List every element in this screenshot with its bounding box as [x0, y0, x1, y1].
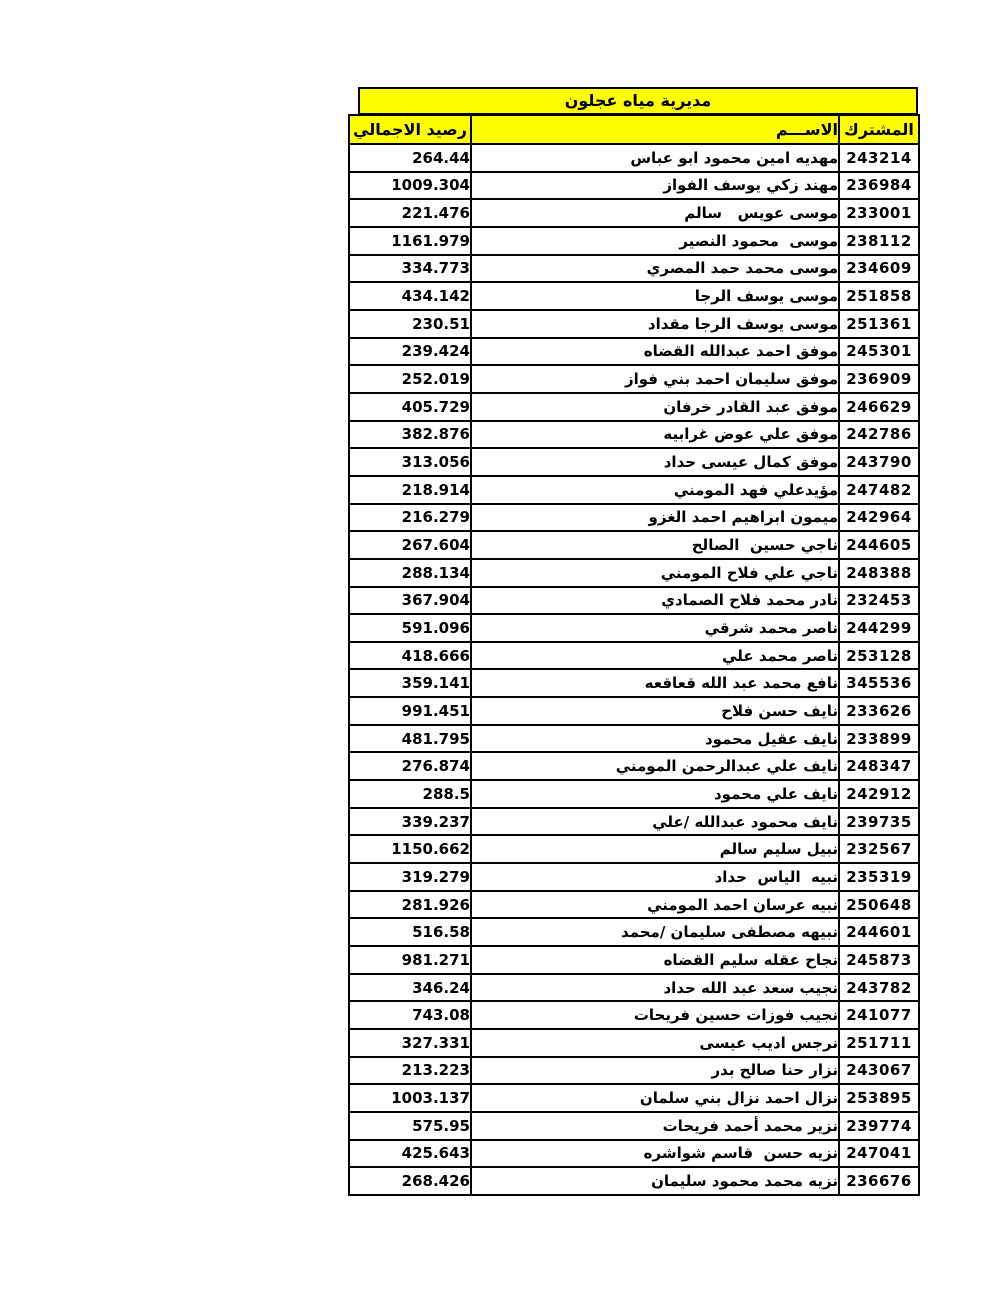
table-row: 244601نبيهه مصطفى سليمان /محمد516.58 — [349, 918, 919, 946]
balance-cell: 743.08 — [349, 1001, 471, 1029]
balance-cell: 981.271 — [349, 946, 471, 974]
table-row: 244299ناصر محمد شرقي591.096 — [349, 614, 919, 642]
subscriber-cell: 245873 — [839, 946, 919, 974]
balance-cell: 218.914 — [349, 476, 471, 504]
name-cell: نزال احمد نزال بني سلمان — [471, 1084, 839, 1112]
balance-cell: 1009.304 — [349, 172, 471, 200]
table-body: 243214مهديه امين محمود ابو عباس264.44236… — [349, 144, 919, 1195]
subscriber-cell: 243782 — [839, 974, 919, 1002]
name-cell: مؤيدعلي فهد المومني — [471, 476, 839, 504]
balance-cell: 221.476 — [349, 199, 471, 227]
balance-cell: 213.223 — [349, 1057, 471, 1085]
name-cell: نزار حنا صالح بدر — [471, 1057, 839, 1085]
balance-cell: 367.904 — [349, 587, 471, 615]
balance-cell: 288.5 — [349, 780, 471, 808]
balance-cell: 239.424 — [349, 338, 471, 366]
subscriber-cell: 243214 — [839, 144, 919, 172]
name-cell: نجيب سعد عبد الله حداد — [471, 974, 839, 1002]
subscriber-cell: 253128 — [839, 642, 919, 670]
subscriber-cell: 233626 — [839, 697, 919, 725]
subscriber-cell: 243067 — [839, 1057, 919, 1085]
name-cell: موسى عويس سالم — [471, 199, 839, 227]
subscriber-cell: 251361 — [839, 310, 919, 338]
table-row: 242964ميمون ابراهيم احمد الغزو216.279 — [349, 504, 919, 532]
table-row: 242786موفق علي عوض غرابيه382.876 — [349, 421, 919, 449]
balance-cell: 313.056 — [349, 448, 471, 476]
subscribers-table: المشترك الاســـم رصيد الاجمالي 243214مهد… — [348, 114, 920, 1196]
name-cell: موسى يوسف الرجا مقداد — [471, 310, 839, 338]
subscriber-cell: 239735 — [839, 808, 919, 836]
name-cell: مهند زكي يوسف الفواز — [471, 172, 839, 200]
subscriber-cell: 234609 — [839, 255, 919, 283]
table-row: 245301موفق احمد عبدالله القضاه239.424 — [349, 338, 919, 366]
balance-cell: 359.141 — [349, 669, 471, 697]
table-row: 251361موسى يوسف الرجا مقداد230.51 — [349, 310, 919, 338]
balance-cell: 1161.979 — [349, 227, 471, 255]
name-cell: نزير محمد أحمد فريحات — [471, 1112, 839, 1140]
name-cell: موفق كمال عيسى حداد — [471, 448, 839, 476]
table-row: 243790موفق كمال عيسى حداد313.056 — [349, 448, 919, 476]
subscriber-cell: 235319 — [839, 863, 919, 891]
name-cell: مهديه امين محمود ابو عباس — [471, 144, 839, 172]
balance-cell: 425.643 — [349, 1140, 471, 1168]
name-cell: نبيهه مصطفى سليمان /محمد — [471, 918, 839, 946]
subscriber-cell: 247482 — [839, 476, 919, 504]
subscriber-cell: 233001 — [839, 199, 919, 227]
name-cell: نبيه الياس حداد — [471, 863, 839, 891]
balance-cell: 481.795 — [349, 725, 471, 753]
table-row: 236984مهند زكي يوسف الفواز1009.304 — [349, 172, 919, 200]
column-header-name: الاســـم — [471, 115, 839, 144]
column-header-subscriber: المشترك — [839, 115, 919, 144]
name-cell: ناجي علي فلاح المومني — [471, 559, 839, 587]
table-row: 244605ناجي حسين الصالح267.604 — [349, 531, 919, 559]
name-cell: نجيب فوزات حسين فريحات — [471, 1001, 839, 1029]
balance-cell: 288.134 — [349, 559, 471, 587]
subscriber-cell: 236984 — [839, 172, 919, 200]
table-row: 239774نزير محمد أحمد فريحات575.95 — [349, 1112, 919, 1140]
table-row: 242912نايف علي محمود288.5 — [349, 780, 919, 808]
table-row: 234609موسى محمد حمد المصري334.773 — [349, 255, 919, 283]
balance-cell: 268.426 — [349, 1167, 471, 1195]
table-row: 239735نايف محمود عبدالله /علي339.237 — [349, 808, 919, 836]
subscriber-cell: 244605 — [839, 531, 919, 559]
name-cell: نادر محمد فلاح الصمادي — [471, 587, 839, 615]
name-cell: ناصر محمد شرقي — [471, 614, 839, 642]
table-row: 251858موسى يوسف الرجا434.142 — [349, 282, 919, 310]
subscriber-cell: 242912 — [839, 780, 919, 808]
column-header-balance: رصيد الاجمالي — [349, 115, 471, 144]
subscriber-cell: 248388 — [839, 559, 919, 587]
subscriber-cell: 243790 — [839, 448, 919, 476]
balance-cell: 264.44 — [349, 144, 471, 172]
balance-cell: 575.95 — [349, 1112, 471, 1140]
balance-cell: 327.331 — [349, 1029, 471, 1057]
balance-cell: 281.926 — [349, 891, 471, 919]
name-cell: موفق علي عوض غرابيه — [471, 421, 839, 449]
balance-cell: 1003.137 — [349, 1084, 471, 1112]
table-row: 238112موسى محمود النصير1161.979 — [349, 227, 919, 255]
table-row: 243782نجيب سعد عبد الله حداد346.24 — [349, 974, 919, 1002]
name-cell: موفق سليمان احمد بني فواز — [471, 365, 839, 393]
table-row: 253128ناصر محمد علي418.666 — [349, 642, 919, 670]
table-row: 246629موفق عبد القادر خرفان405.729 — [349, 393, 919, 421]
subscriber-cell: 233899 — [839, 725, 919, 753]
name-cell: نزيه حسن قاسم شواشره — [471, 1140, 839, 1168]
name-cell: نايف عقيل محمود — [471, 725, 839, 753]
table-row: 236676نزيه محمد محمود سليمان268.426 — [349, 1167, 919, 1195]
subscriber-cell: 239774 — [839, 1112, 919, 1140]
table-row: 232567نبيل سليم سالم1150.662 — [349, 835, 919, 863]
subscriber-cell: 236909 — [839, 365, 919, 393]
table-row: 233626نايف حسن فلاح991.451 — [349, 697, 919, 725]
subscriber-cell: 232567 — [839, 835, 919, 863]
name-cell: نبيل سليم سالم — [471, 835, 839, 863]
balance-cell: 252.019 — [349, 365, 471, 393]
table-row: 235319نبيه الياس حداد319.279 — [349, 863, 919, 891]
balance-cell: 346.24 — [349, 974, 471, 1002]
subscriber-cell: 245301 — [839, 338, 919, 366]
balance-cell: 319.279 — [349, 863, 471, 891]
table-row: 247041نزيه حسن قاسم شواشره425.643 — [349, 1140, 919, 1168]
name-cell: ناجي حسين الصالح — [471, 531, 839, 559]
subscriber-cell: 244299 — [839, 614, 919, 642]
balance-cell: 516.58 — [349, 918, 471, 946]
balance-cell: 276.874 — [349, 752, 471, 780]
header-row: المشترك الاســـم رصيد الاجمالي — [349, 115, 919, 144]
table-row: 248388ناجي علي فلاح المومني288.134 — [349, 559, 919, 587]
name-cell: نايف علي محمود — [471, 780, 839, 808]
table-row: 241077نجيب فوزات حسين فريحات743.08 — [349, 1001, 919, 1029]
name-cell: نجاح عقله سليم القضاه — [471, 946, 839, 974]
subscriber-cell: 242964 — [839, 504, 919, 532]
subscriber-cell: 238112 — [839, 227, 919, 255]
name-cell: نرجس اديب عيسى — [471, 1029, 839, 1057]
balance-cell: 991.451 — [349, 697, 471, 725]
name-cell: نايف محمود عبدالله /علي — [471, 808, 839, 836]
table-row: 247482مؤيدعلي فهد المومني218.914 — [349, 476, 919, 504]
balance-cell: 418.666 — [349, 642, 471, 670]
spreadsheet-page: مديرية مياه عجلون المشترك الاســـم رصيد … — [0, 0, 1000, 1294]
balance-cell: 591.096 — [349, 614, 471, 642]
name-cell: ناصر محمد علي — [471, 642, 839, 670]
table-row: 243214مهديه امين محمود ابو عباس264.44 — [349, 144, 919, 172]
name-cell: نايف حسن فلاح — [471, 697, 839, 725]
sheet-title: مديرية مياه عجلون — [358, 87, 918, 115]
subscriber-cell: 251711 — [839, 1029, 919, 1057]
name-cell: نافع محمد عبد الله قعاقعه — [471, 669, 839, 697]
balance-cell: 339.237 — [349, 808, 471, 836]
name-cell: نبيه عرسان احمد المومني — [471, 891, 839, 919]
subscriber-cell: 248347 — [839, 752, 919, 780]
table-row: 251711نرجس اديب عيسى327.331 — [349, 1029, 919, 1057]
table-row: 232453نادر محمد فلاح الصمادي367.904 — [349, 587, 919, 615]
subscriber-cell: 250648 — [839, 891, 919, 919]
name-cell: موسى يوسف الرجا — [471, 282, 839, 310]
subscriber-cell: 253895 — [839, 1084, 919, 1112]
balance-cell: 382.876 — [349, 421, 471, 449]
table-row: 236909موفق سليمان احمد بني فواز252.019 — [349, 365, 919, 393]
name-cell: موسى محمد حمد المصري — [471, 255, 839, 283]
balance-cell: 1150.662 — [349, 835, 471, 863]
table-row: 233899نايف عقيل محمود481.795 — [349, 725, 919, 753]
subscriber-cell: 246629 — [839, 393, 919, 421]
name-cell: نزيه محمد محمود سليمان — [471, 1167, 839, 1195]
balance-cell: 334.773 — [349, 255, 471, 283]
subscriber-cell: 232453 — [839, 587, 919, 615]
table-row: 253895نزال احمد نزال بني سلمان1003.137 — [349, 1084, 919, 1112]
name-cell: موسى محمود النصير — [471, 227, 839, 255]
subscriber-cell: 345536 — [839, 669, 919, 697]
table-row: 250648نبيه عرسان احمد المومني281.926 — [349, 891, 919, 919]
name-cell: نايف علي عبدالرحمن المومني — [471, 752, 839, 780]
table-row: 233001موسى عويس سالم221.476 — [349, 199, 919, 227]
table-row: 243067نزار حنا صالح بدر213.223 — [349, 1057, 919, 1085]
name-cell: ميمون ابراهيم احمد الغزو — [471, 504, 839, 532]
subscriber-cell: 247041 — [839, 1140, 919, 1168]
balance-cell: 267.604 — [349, 531, 471, 559]
table-row: 245873نجاح عقله سليم القضاه981.271 — [349, 946, 919, 974]
balance-cell: 434.142 — [349, 282, 471, 310]
balance-cell: 405.729 — [349, 393, 471, 421]
name-cell: موفق احمد عبدالله القضاه — [471, 338, 839, 366]
balance-cell: 216.279 — [349, 504, 471, 532]
table-row: 345536نافع محمد عبد الله قعاقعه359.141 — [349, 669, 919, 697]
balance-cell: 230.51 — [349, 310, 471, 338]
name-cell: موفق عبد القادر خرفان — [471, 393, 839, 421]
subscriber-cell: 236676 — [839, 1167, 919, 1195]
table-row: 248347نايف علي عبدالرحمن المومني276.874 — [349, 752, 919, 780]
subscriber-cell: 244601 — [839, 918, 919, 946]
subscriber-cell: 251858 — [839, 282, 919, 310]
subscriber-cell: 242786 — [839, 421, 919, 449]
subscriber-cell: 241077 — [839, 1001, 919, 1029]
